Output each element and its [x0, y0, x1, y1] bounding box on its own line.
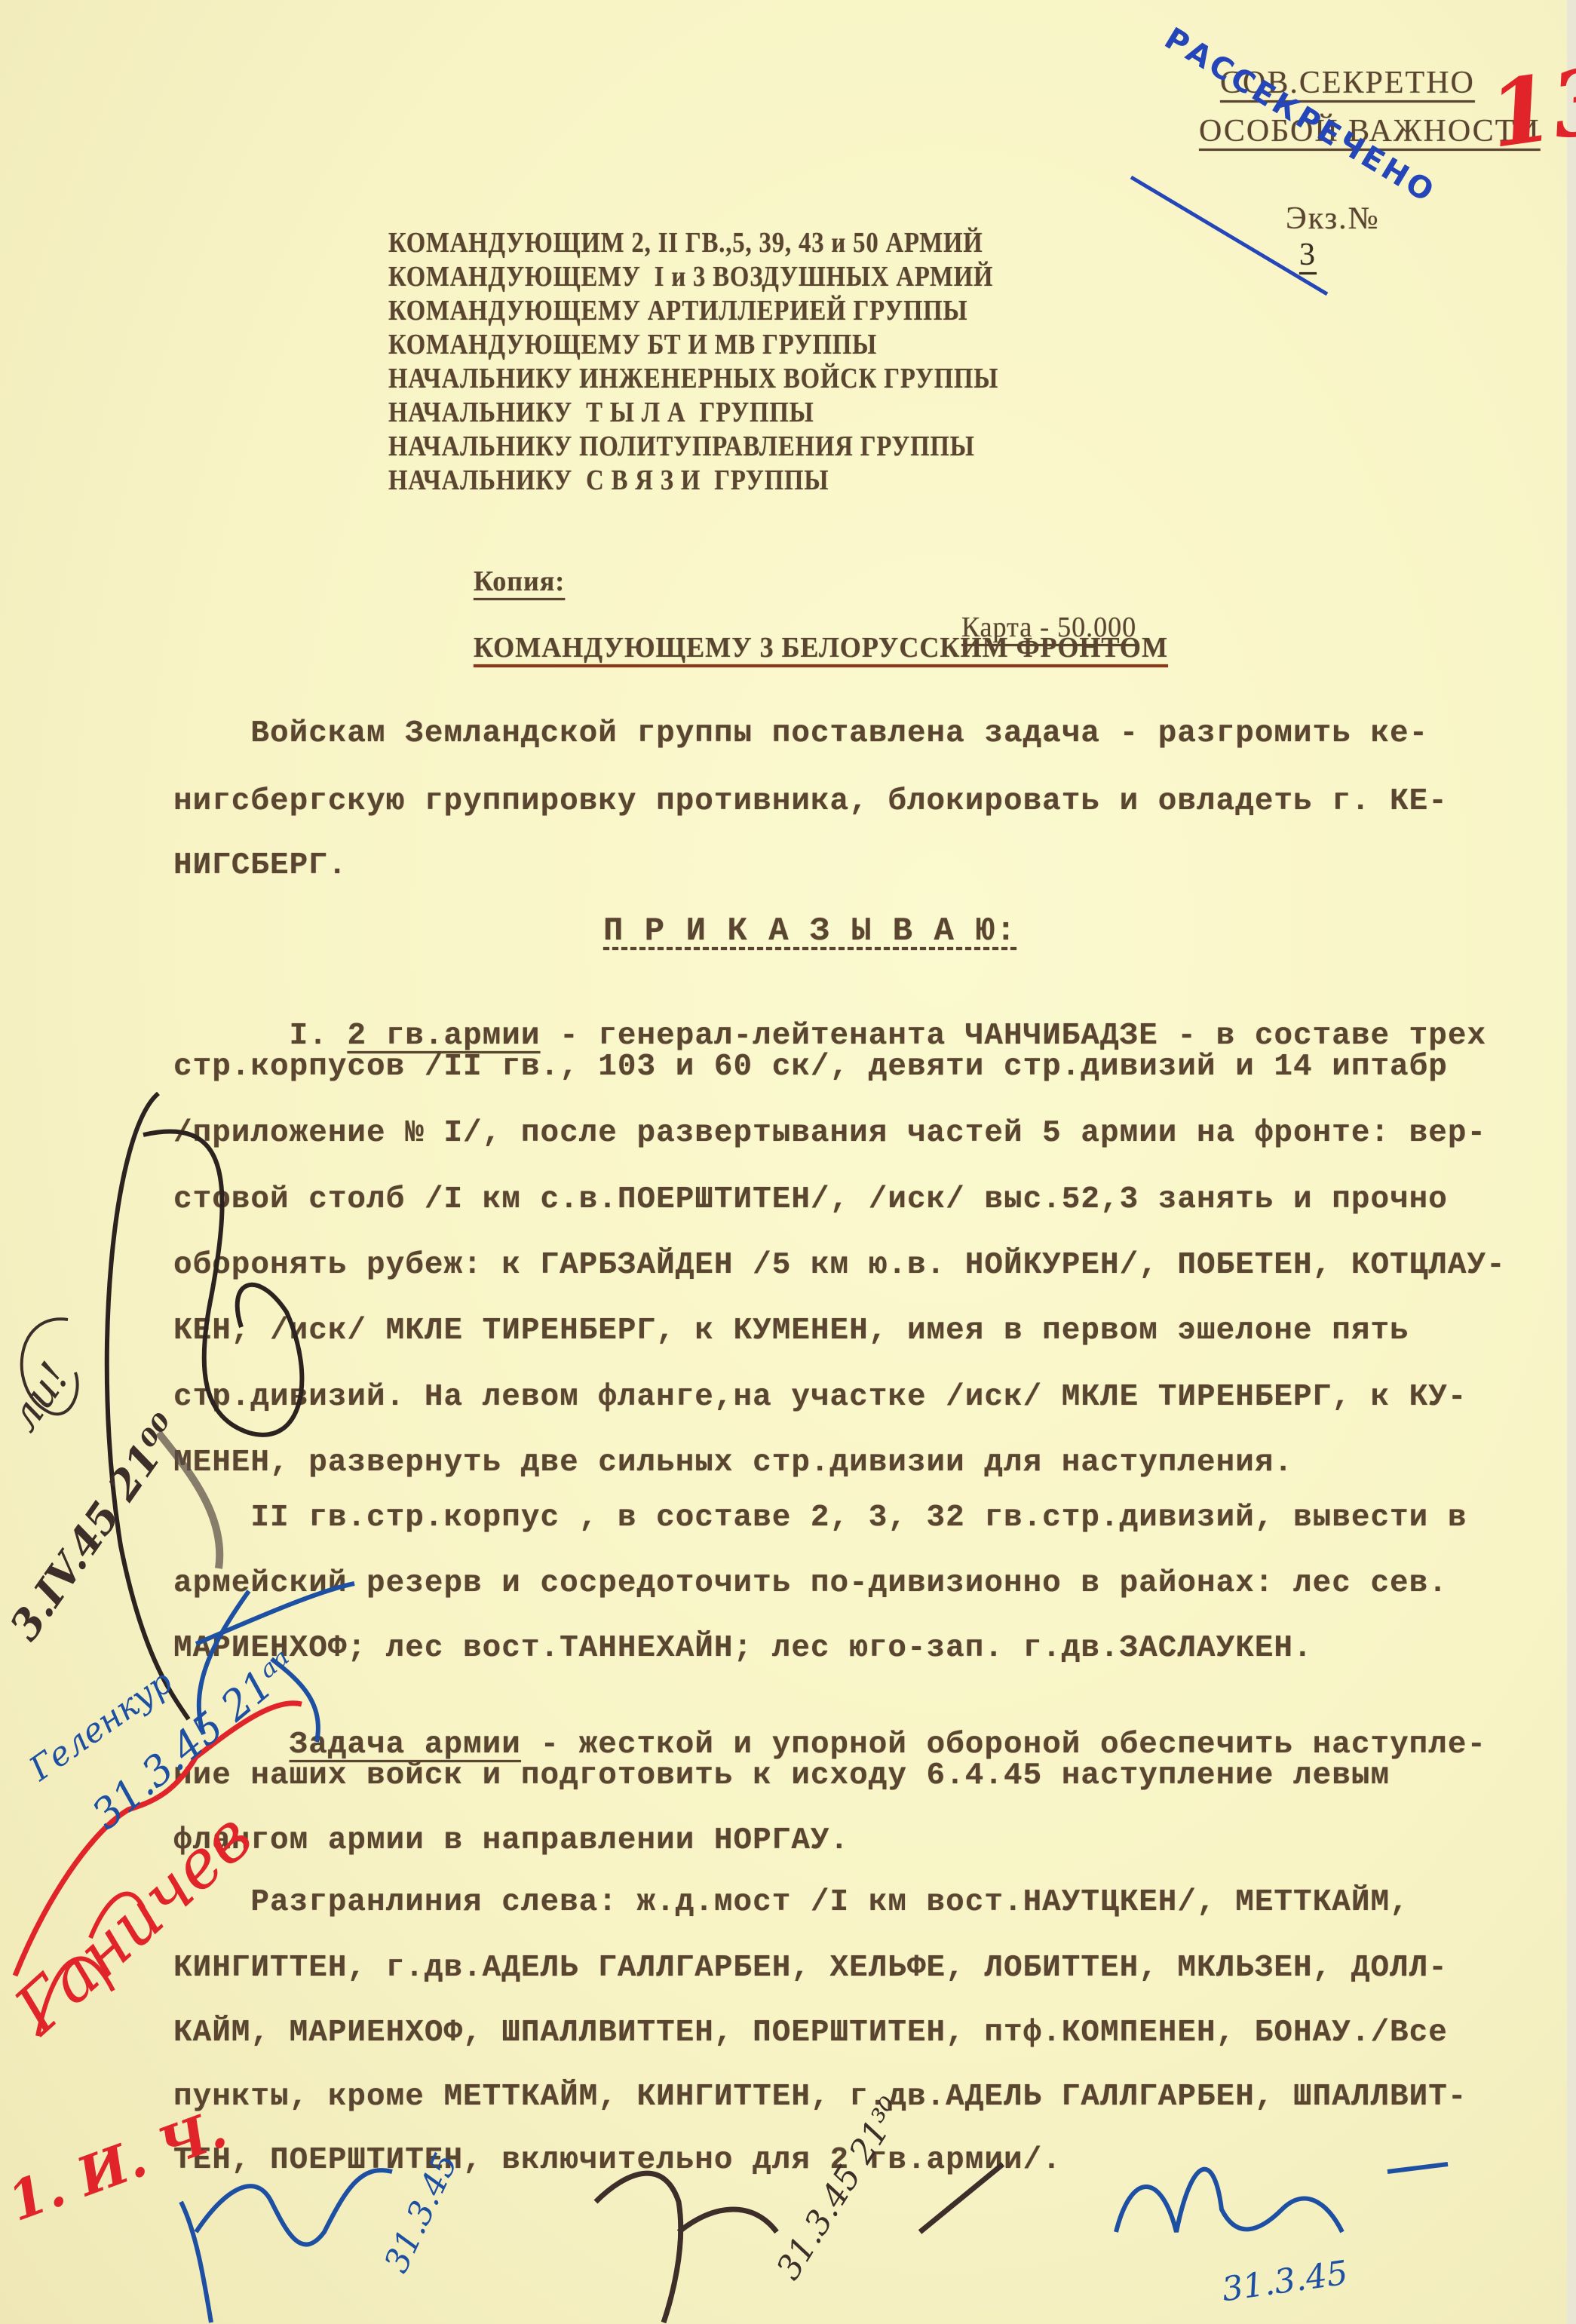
- boundary-line: КАЙМ, МАРИЕНХОФ, ШПАЛЛВИТТЕН, ПОЕРШТИТЕН…: [173, 2016, 1448, 2050]
- copy-number-row: Экз.№ 3: [1267, 164, 1380, 273]
- item1-line: МАРИЕНХОФ; лес вост.ТАННЕХАЙН; лес юго-з…: [173, 1631, 1313, 1666]
- page-edge: [1567, 0, 1576, 2324]
- boundary-line: Разгранлиния слева: ж.д.мост /I км вост.…: [173, 1885, 1409, 1920]
- item1-line: армейский резерв и сосредоточить по-диви…: [173, 1566, 1448, 1601]
- intro-line: нигсбергскую группировку противника, бло…: [173, 784, 1448, 819]
- item1-line: стр.корпусов /II гв., 103 и 60 ск/, девя…: [173, 1050, 1448, 1084]
- page-number-handwritten: 13: [1482, 46, 1576, 169]
- task-line: флангом армии в направлении НОРГАУ.: [173, 1823, 849, 1858]
- boundary-line: КИНГИТТЕН, г.дв.АДЕЛЬ ГАЛЛГАРБЕН, ХЕЛЬФЕ…: [173, 1951, 1448, 1985]
- item1-line: II гв.стр.корпус , в составе 2, 3, 32 гв…: [173, 1501, 1467, 1535]
- item1-line: оборонять рубеж: к ГАРБЗАЙДЕН /5 км ю.в.…: [173, 1248, 1506, 1283]
- item1-line-rest: - генерал-лейтенанта ЧАНЧИБАДЗЕ - в сост…: [541, 1019, 1487, 1053]
- addressee-line: НАЧАЛЬНИКУ ИНЖЕНЕРНЫХ ВОЙСК ГРУППЫ: [388, 362, 998, 395]
- intro-line: НИГСБЕРГ.: [173, 848, 347, 883]
- item1-first-line: I. 2 гв.армии - генерал-лейтенанта ЧАНЧИ…: [173, 984, 1486, 1053]
- item1-line: /приложение № I/, после развертывания ча…: [173, 1116, 1486, 1151]
- boundary-line: пункты, кроме МЕТТКАЙМ, КИНГИТТЕН, г.дв.…: [173, 2080, 1467, 2114]
- intro-line: Войскам Земландской группы поставлена за…: [173, 716, 1428, 751]
- addressee-line: НАЧАЛЬНИКУ ПОЛИТУПРАВЛЕНИЯ ГРУППЫ: [388, 430, 975, 463]
- boundary-line: ТЕН, ПОЕРШТИТЕН, включительно для 2 гв.а…: [173, 2143, 1062, 2178]
- item-number: I.: [212, 1019, 347, 1053]
- addressee-line: КОМАНДУЮЩИМ 2, II ГВ.,5, 39, 43 и 50 АРМ…: [388, 226, 983, 259]
- task-first-line: Задача армии - жесткой и упорной обороно…: [173, 1693, 1486, 1762]
- order-heading: П Р И К А З Ы В А Ю:: [603, 912, 1016, 950]
- copy-number: 3: [1286, 238, 1330, 272]
- copy-to-label: Копия:: [474, 566, 565, 597]
- addressee-line: НАЧАЛЬНИКУ Т Ы Л А ГРУППЫ: [388, 396, 814, 429]
- addressee-line: КОМАНДУЮЩЕМУ I и 3 ВОЗДУШНЫХ АРМИЙ: [388, 260, 993, 293]
- addressee-line: КОМАНДУЮЩЕМУ АРТИЛЛЕРИЕЙ ГРУППЫ: [388, 294, 967, 327]
- addressee-line: НАЧАЛЬНИКУ С В Я З И ГРУППЫ: [388, 464, 829, 497]
- spacer: [474, 599, 489, 630]
- task-line: ние наших войск и подготовить к исходу 6…: [173, 1758, 1390, 1793]
- copy-label: Экз.№: [1286, 201, 1380, 236]
- item1-line: стр.дивизий. На левом фланге,на участке …: [173, 1380, 1467, 1415]
- item1-line: МЕНЕН, развернуть две сильных стр.дивизи…: [173, 1446, 1293, 1480]
- copy-to-line: Копия: КОМАНДУЮЩЕМУ 3 БЕЛОРУССКИМ ФРОНТО…: [458, 532, 1168, 664]
- map-scale: Карта - 50.000: [961, 611, 1136, 644]
- addressee-line: КОМАНДУЮЩЕМУ БТ И МВ ГРУППЫ: [388, 328, 877, 361]
- item1-subject: 2 гв.армии: [347, 1019, 540, 1053]
- item1-line: КЕН, /иск/ МКЛЕ ТИРЕНБЕРГ, к КУМЕНЕН, им…: [173, 1314, 1409, 1348]
- item1-line: стовой столб /I км с.в.ПОЕРШТИТЕН/, /иск…: [173, 1182, 1448, 1217]
- task-line-rest: - жесткой и упорной обороной обеспечить …: [521, 1728, 1486, 1762]
- task-label: Задача армии: [290, 1728, 521, 1762]
